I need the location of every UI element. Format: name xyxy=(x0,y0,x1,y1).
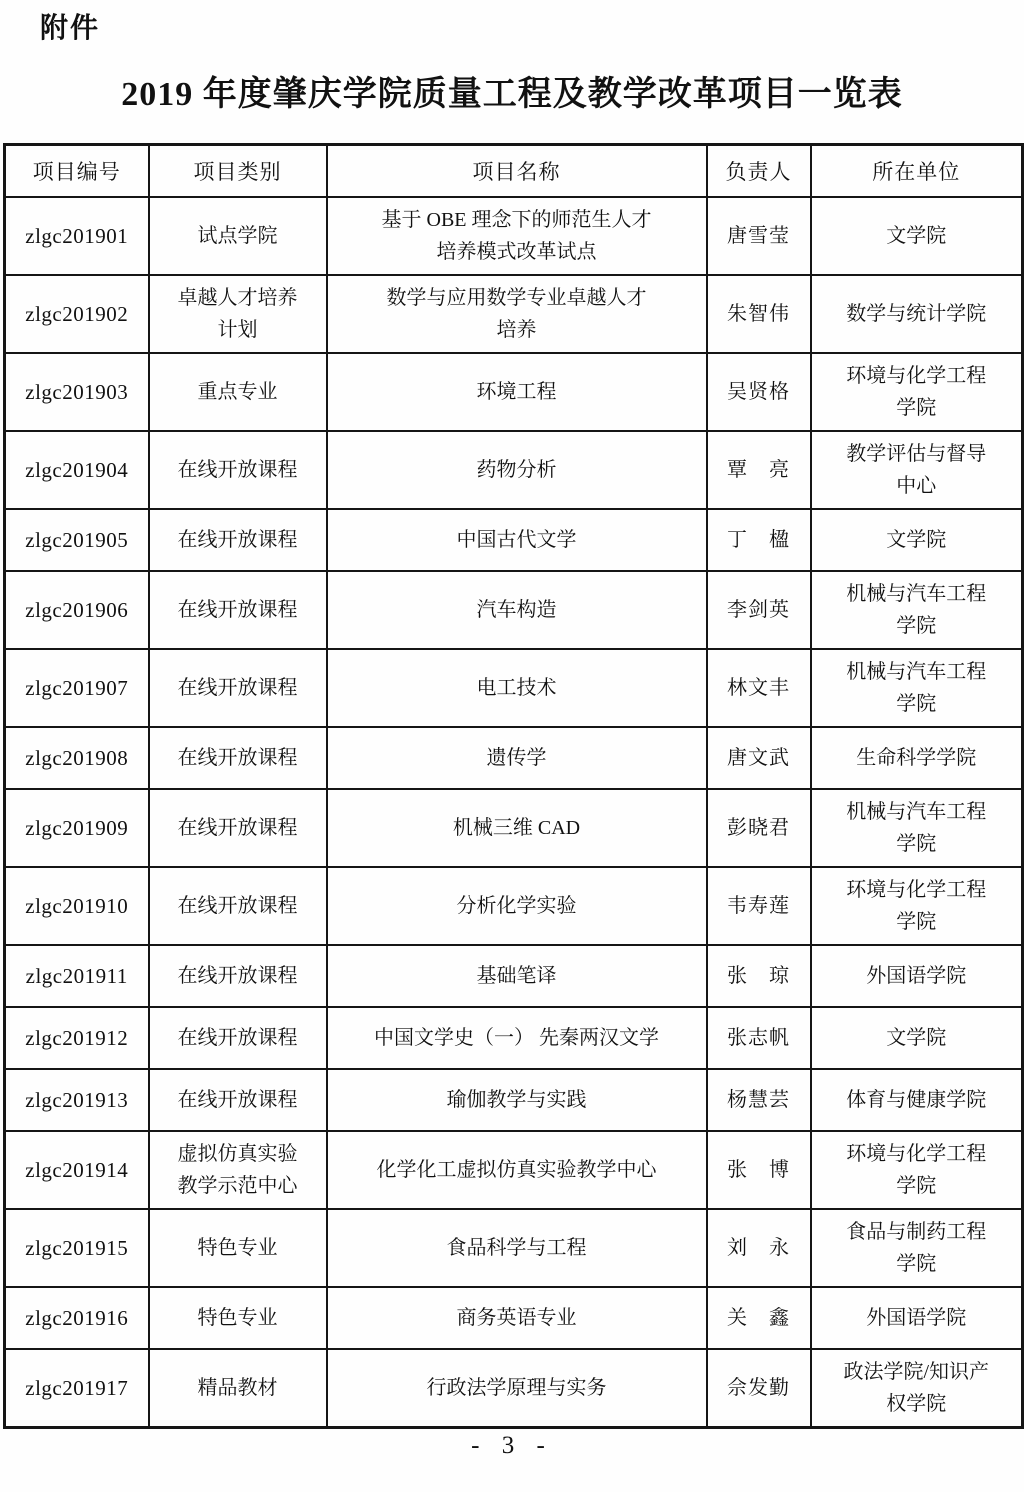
table-row: zlgc201908在线开放课程遗传学唐文武生命科学学院 xyxy=(5,727,1023,789)
cell-unit: 文学院 xyxy=(811,1007,1023,1069)
cell-leader: 李剑英 xyxy=(707,571,811,649)
table-row: zlgc201906在线开放课程汽车构造李剑英机械与汽车工程 学院 xyxy=(5,571,1023,649)
cell-name: 药物分析 xyxy=(327,431,707,509)
cell-name: 行政法学原理与实务 xyxy=(327,1349,707,1428)
cell-leader: 彭晓君 xyxy=(707,789,811,867)
column-header-name: 项目名称 xyxy=(327,145,707,198)
cell-category: 试点学院 xyxy=(149,197,327,275)
table-row: zlgc201902卓越人才培养 计划数学与应用数学专业卓越人才 培养朱智伟数学… xyxy=(5,275,1023,353)
cell-id: zlgc201915 xyxy=(5,1209,149,1287)
cell-id: zlgc201907 xyxy=(5,649,149,727)
cell-leader: 张 博 xyxy=(707,1131,811,1209)
cell-name: 商务英语专业 xyxy=(327,1287,707,1349)
cell-name: 化学化工虚拟仿真实验教学中心 xyxy=(327,1131,707,1209)
projects-table: 项目编号项目类别项目名称负责人所在单位 zlgc201901试点学院基于 OBE… xyxy=(3,143,1024,1429)
cell-unit: 环境与化学工程 学院 xyxy=(811,867,1023,945)
cell-name: 机械三维 CAD xyxy=(327,789,707,867)
attachment-label: 附件 xyxy=(40,6,100,46)
cell-unit: 环境与化学工程 学院 xyxy=(811,353,1023,431)
cell-category: 在线开放课程 xyxy=(149,867,327,945)
cell-name: 瑜伽教学与实践 xyxy=(327,1069,707,1131)
cell-id: zlgc201902 xyxy=(5,275,149,353)
table-row: zlgc201910在线开放课程分析化学实验韦寿莲环境与化学工程 学院 xyxy=(5,867,1023,945)
column-header-category: 项目类别 xyxy=(149,145,327,198)
cell-name: 中国文学史（一） 先秦两汉文学 xyxy=(327,1007,707,1069)
cell-id: zlgc201901 xyxy=(5,197,149,275)
cell-name: 遗传学 xyxy=(327,727,707,789)
cell-unit: 外国语学院 xyxy=(811,1287,1023,1349)
cell-id: zlgc201903 xyxy=(5,353,149,431)
cell-id: zlgc201908 xyxy=(5,727,149,789)
cell-category: 重点专业 xyxy=(149,353,327,431)
cell-id: zlgc201905 xyxy=(5,509,149,571)
cell-leader: 唐雪莹 xyxy=(707,197,811,275)
cell-leader: 张志帆 xyxy=(707,1007,811,1069)
cell-category: 在线开放课程 xyxy=(149,649,327,727)
cell-category: 虚拟仿真实验 教学示范中心 xyxy=(149,1131,327,1209)
table-row: zlgc201915特色专业食品科学与工程刘 永食品与制药工程 学院 xyxy=(5,1209,1023,1287)
table-row: zlgc201909在线开放课程机械三维 CAD彭晓君机械与汽车工程 学院 xyxy=(5,789,1023,867)
cell-leader: 韦寿莲 xyxy=(707,867,811,945)
cell-id: zlgc201914 xyxy=(5,1131,149,1209)
cell-unit: 生命科学学院 xyxy=(811,727,1023,789)
cell-leader: 唐文武 xyxy=(707,727,811,789)
cell-unit: 体育与健康学院 xyxy=(811,1069,1023,1131)
cell-category: 在线开放课程 xyxy=(149,431,327,509)
cell-category: 特色专业 xyxy=(149,1209,327,1287)
cell-unit: 机械与汽车工程 学院 xyxy=(811,789,1023,867)
cell-category: 特色专业 xyxy=(149,1287,327,1349)
cell-unit: 数学与统计学院 xyxy=(811,275,1023,353)
page-number: - 3 - xyxy=(0,1432,1024,1460)
cell-leader: 林文丰 xyxy=(707,649,811,727)
cell-id: zlgc201906 xyxy=(5,571,149,649)
table-row: zlgc201911在线开放课程基础笔译张 琼外国语学院 xyxy=(5,945,1023,1007)
table-row: zlgc201907在线开放课程电工技术林文丰机械与汽车工程 学院 xyxy=(5,649,1023,727)
cell-id: zlgc201910 xyxy=(5,867,149,945)
cell-category: 精品教材 xyxy=(149,1349,327,1428)
document-page: 附件 2019 年度肇庆学院质量工程及教学改革项目一览表 项目编号项目类别项目名… xyxy=(0,0,1024,1492)
page-title: 2019 年度肇庆学院质量工程及教学改革项目一览表 xyxy=(0,66,1024,115)
cell-category: 在线开放课程 xyxy=(149,1069,327,1131)
cell-name: 基于 OBE 理念下的师范生人才 培养模式改革试点 xyxy=(327,197,707,275)
cell-unit: 环境与化学工程 学院 xyxy=(811,1131,1023,1209)
cell-leader: 杨慧芸 xyxy=(707,1069,811,1131)
cell-leader: 覃 亮 xyxy=(707,431,811,509)
cell-id: zlgc201911 xyxy=(5,945,149,1007)
table-body: zlgc201901试点学院基于 OBE 理念下的师范生人才 培养模式改革试点唐… xyxy=(5,197,1023,1428)
cell-category: 在线开放课程 xyxy=(149,945,327,1007)
cell-leader: 丁 楹 xyxy=(707,509,811,571)
table-row: zlgc201912在线开放课程中国文学史（一） 先秦两汉文学张志帆文学院 xyxy=(5,1007,1023,1069)
cell-id: zlgc201916 xyxy=(5,1287,149,1349)
table-row: zlgc201913在线开放课程瑜伽教学与实践杨慧芸体育与健康学院 xyxy=(5,1069,1023,1131)
cell-name: 中国古代文学 xyxy=(327,509,707,571)
table-row: zlgc201914虚拟仿真实验 教学示范中心化学化工虚拟仿真实验教学中心张 博… xyxy=(5,1131,1023,1209)
cell-name: 数学与应用数学专业卓越人才 培养 xyxy=(327,275,707,353)
cell-unit: 外国语学院 xyxy=(811,945,1023,1007)
cell-category: 在线开放课程 xyxy=(149,1007,327,1069)
cell-category: 在线开放课程 xyxy=(149,789,327,867)
table-row: zlgc201905在线开放课程中国古代文学丁 楹文学院 xyxy=(5,509,1023,571)
cell-id: zlgc201904 xyxy=(5,431,149,509)
cell-leader: 朱智伟 xyxy=(707,275,811,353)
cell-unit: 教学评估与督导 中心 xyxy=(811,431,1023,509)
cell-leader: 关 鑫 xyxy=(707,1287,811,1349)
column-header-leader: 负责人 xyxy=(707,145,811,198)
cell-name: 分析化学实验 xyxy=(327,867,707,945)
cell-category: 在线开放课程 xyxy=(149,571,327,649)
cell-unit: 食品与制药工程 学院 xyxy=(811,1209,1023,1287)
cell-leader: 佘发勤 xyxy=(707,1349,811,1428)
header-row: 项目编号项目类别项目名称负责人所在单位 xyxy=(5,145,1023,198)
table-row: zlgc201904在线开放课程药物分析覃 亮教学评估与督导 中心 xyxy=(5,431,1023,509)
table-row: zlgc201903重点专业环境工程吴贤格环境与化学工程 学院 xyxy=(5,353,1023,431)
column-header-id: 项目编号 xyxy=(5,145,149,198)
cell-name: 环境工程 xyxy=(327,353,707,431)
cell-unit: 政法学院/知识产 权学院 xyxy=(811,1349,1023,1428)
cell-unit: 文学院 xyxy=(811,509,1023,571)
cell-id: zlgc201912 xyxy=(5,1007,149,1069)
cell-name: 汽车构造 xyxy=(327,571,707,649)
cell-name: 电工技术 xyxy=(327,649,707,727)
table-row: zlgc201901试点学院基于 OBE 理念下的师范生人才 培养模式改革试点唐… xyxy=(5,197,1023,275)
cell-category: 卓越人才培养 计划 xyxy=(149,275,327,353)
column-header-unit: 所在单位 xyxy=(811,145,1023,198)
cell-name: 食品科学与工程 xyxy=(327,1209,707,1287)
table-row: zlgc201917精品教材行政法学原理与实务佘发勤政法学院/知识产 权学院 xyxy=(5,1349,1023,1428)
table-row: zlgc201916特色专业商务英语专业关 鑫外国语学院 xyxy=(5,1287,1023,1349)
cell-unit: 机械与汽车工程 学院 xyxy=(811,649,1023,727)
cell-leader: 刘 永 xyxy=(707,1209,811,1287)
cell-leader: 吴贤格 xyxy=(707,353,811,431)
cell-id: zlgc201913 xyxy=(5,1069,149,1131)
cell-unit: 机械与汽车工程 学院 xyxy=(811,571,1023,649)
cell-name: 基础笔译 xyxy=(327,945,707,1007)
cell-id: zlgc201909 xyxy=(5,789,149,867)
cell-id: zlgc201917 xyxy=(5,1349,149,1428)
cell-category: 在线开放课程 xyxy=(149,509,327,571)
cell-category: 在线开放课程 xyxy=(149,727,327,789)
cell-unit: 文学院 xyxy=(811,197,1023,275)
cell-leader: 张 琼 xyxy=(707,945,811,1007)
